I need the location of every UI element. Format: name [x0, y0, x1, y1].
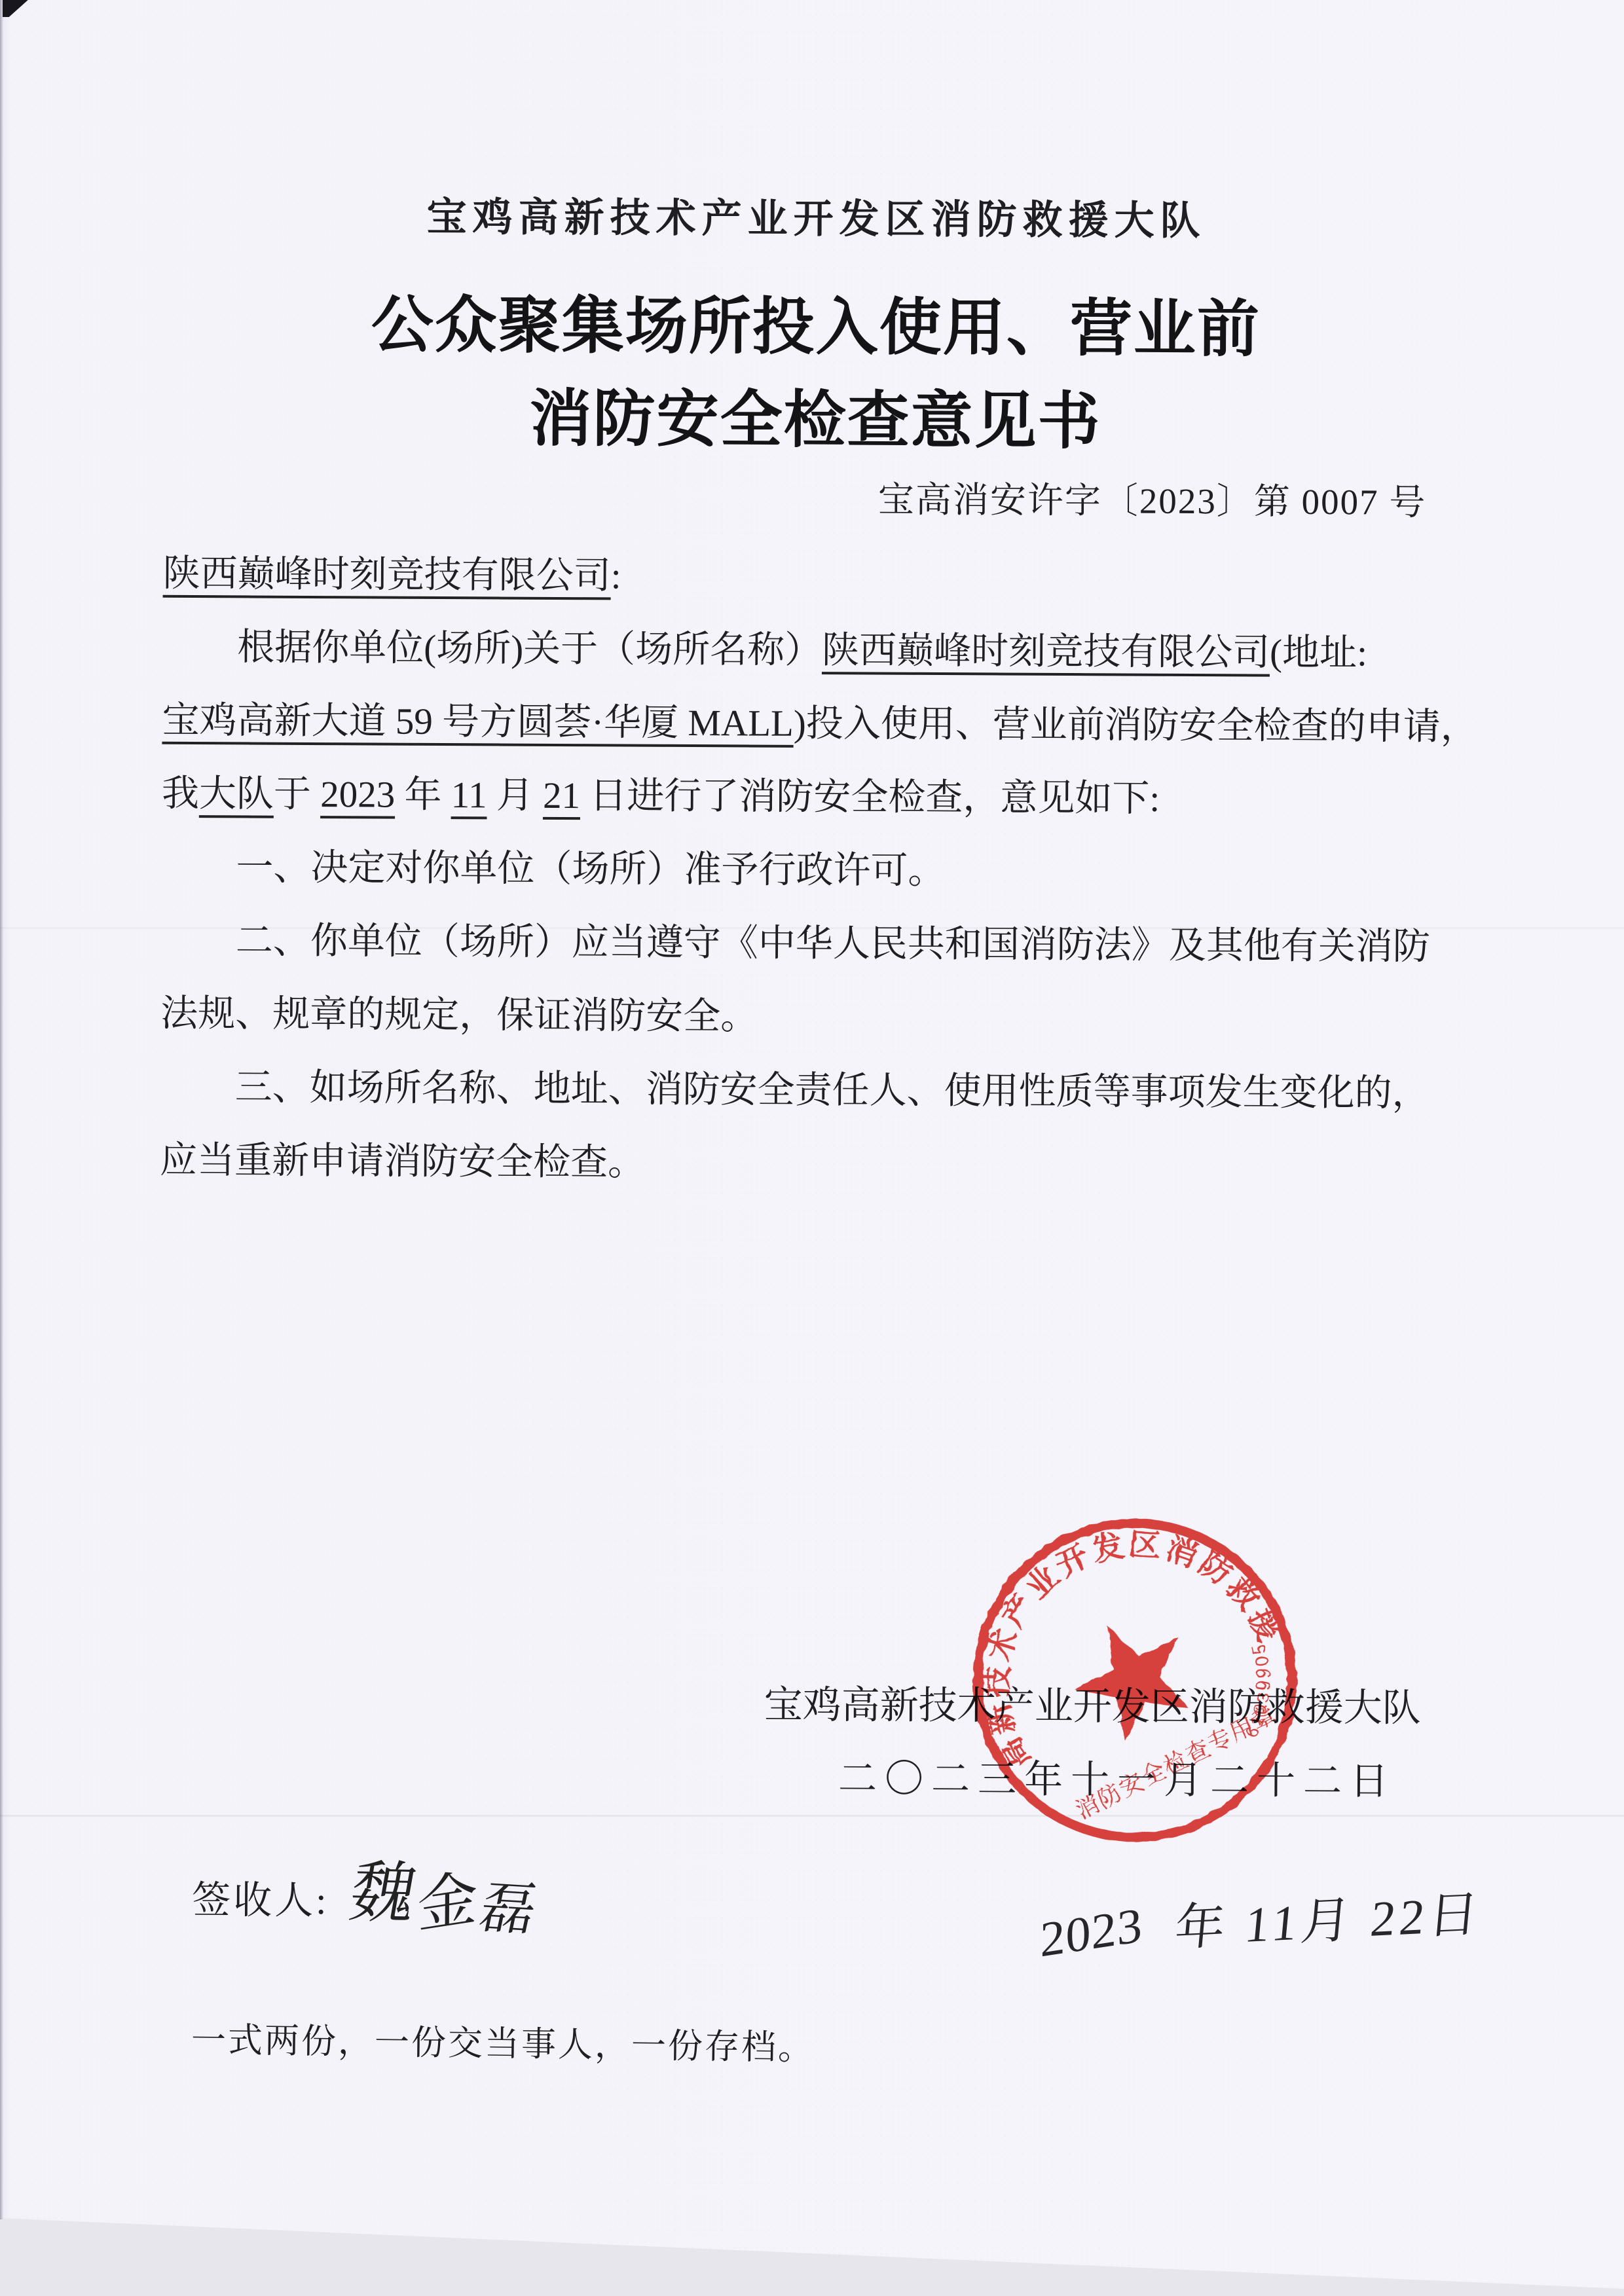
body-line: 一、决定对你单位（场所）准予行政许可。: [161, 831, 1468, 911]
body-text-segment: 法规、规章的规定，保证消防安全。: [160, 993, 758, 1038]
underlined-text: 大队: [199, 773, 274, 815]
seal-graphics: 宝鸡高新技术产业开发区消防救援大队 6103990546 消防安全检查专用章: [912, 1457, 1346, 1903]
handwritten-year: 2023: [1040, 1897, 1143, 1969]
body-text-segment: 年: [395, 774, 451, 816]
underlined-text: 陕西巅峰时刻竞技有限公司: [822, 630, 1270, 674]
underlined-text: 宝鸡高新大道 59 号方圆荟·华厦 MALL: [162, 700, 794, 744]
signature-char: 魏: [344, 1857, 422, 1931]
underlined-text: 陕西巅峰时刻竞技有限公司: [163, 553, 611, 597]
body-line: 陕西巅峰时刻竞技有限公司:: [162, 538, 1469, 617]
body-text-segment: 二、你单位（场所）应当遵守《中华人民共和国消防法》及其他有关消防: [236, 920, 1430, 968]
issuing-authority-header: 宝鸡高新技术产业开发区消防救援大队: [4, 183, 1624, 249]
body-text-segment: 一、决定对你单位（场所）准予行政许可。: [236, 847, 945, 892]
body-text-segment: 我: [162, 773, 199, 814]
handwritten-signature: 魏金磊: [347, 1848, 548, 1937]
document-title-line1: 公众聚集场所投入使用、营业前: [3, 274, 1624, 371]
body-line: 三、如场所名称、地址、消防安全责任人、使用性质等事项发生变化的，: [160, 1051, 1467, 1131]
body-line: 宝鸡高新大道 59 号方圆荟·华厦 MALL)投入使用、营业前消防安全检查的申请…: [162, 684, 1469, 764]
paper-sheet: 宝鸡高新技术产业开发区消防救援大队 公众聚集场所投入使用、营业前 消防安全检查意…: [0, 0, 1624, 2296]
body-text-segment: 根据你单位(场所)关于（场所名称）: [237, 627, 822, 671]
distribution-note: 一式两份，一份交当事人，一份存档。: [191, 2012, 815, 2069]
document-content: 宝鸡高新技术产业开发区消防救援大队 公众聚集场所投入使用、营业前 消防安全检查意…: [0, 0, 1624, 2296]
body: 陕西巅峰时刻竞技有限公司:根据你单位(场所)关于（场所名称）陕西巅峰时刻竞技有限…: [160, 538, 1469, 1204]
document-number: 宝高消安许字〔2023〕第 0007 号: [878, 471, 1427, 525]
body-text-segment: 应当重新申请消防安全检查。: [160, 1140, 645, 1184]
signature-char: 磊: [475, 1877, 542, 1942]
underlined-text: 11: [451, 774, 487, 816]
seal-star-icon: [1056, 1599, 1209, 1751]
body-line: 根据你单位(场所)关于（场所名称）陕西巅峰时刻竞技有限公司(地址:: [162, 611, 1469, 691]
underlined-text: 2023: [320, 774, 395, 816]
body-line: 我大队于 2023 年 11 月 21 日进行了消防安全检查，意见如下:: [162, 757, 1469, 837]
handwritten-receipt-date: 2023 年 11月 22日: [1037, 1873, 1486, 1965]
scanner-left-edge: [0, 0, 3, 2219]
underlined-text: 21: [543, 775, 580, 816]
body-text-segment: 于: [274, 774, 321, 815]
signature-row: 签收人:魏金磊: [192, 1864, 544, 1938]
body-text-segment: (地址:: [1270, 632, 1367, 674]
body-line: 二、你单位（场所）应当遵守《中华人民共和国消防法》及其他有关消防: [161, 904, 1468, 984]
body-text-segment: 三、如场所名称、地址、消防安全责任人、使用性质等事项发生变化的，: [235, 1066, 1430, 1114]
body-line: 应当重新申请消防安全检查。: [160, 1124, 1467, 1204]
handwritten-date-rest: 年 11月 22日: [1173, 1887, 1485, 1957]
body-text-segment: 日进行了消防安全检查，意见如下:: [580, 775, 1160, 820]
body-text-segment: )投入使用、营业前消防安全检查的申请，: [794, 703, 1478, 748]
body-text-segment: 月: [487, 774, 543, 816]
signee-label: 签收人:: [192, 1878, 329, 1922]
document-title-line2: 消防安全检查意见书: [3, 367, 1624, 464]
official-red-seal: 宝鸡高新技术产业开发区消防救援大队 6103990546 消防安全检查专用章: [912, 1457, 1358, 1904]
seal-inner-text: 消防安全检查专用章: [1071, 1701, 1281, 1824]
body-text-segment: :: [611, 555, 621, 596]
scanned-document: 宝鸡高新技术产业开发区消防救援大队 公众聚集场所投入使用、营业前 消防安全检查意…: [0, 0, 1624, 2296]
body-line: 法规、规章的规定，保证消防安全。: [160, 977, 1467, 1057]
signature-char: 金: [418, 1865, 479, 1941]
